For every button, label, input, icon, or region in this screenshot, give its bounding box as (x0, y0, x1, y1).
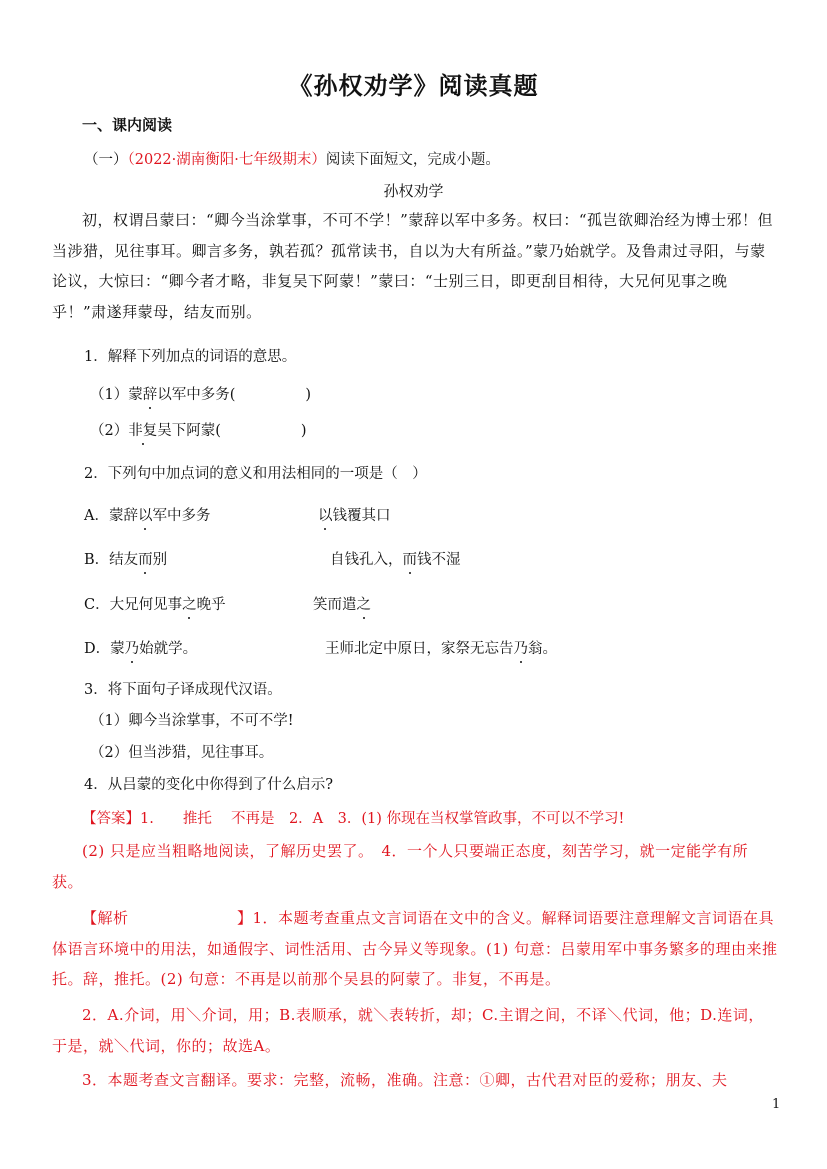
question-2-option-d-compare: 王师北定中原日，家祭无忘告乃翁。 (325, 637, 557, 658)
part-label: （一） (84, 152, 128, 168)
question-2-option-a: A．蒙辞以军中多务 (84, 504, 210, 525)
section-heading: 一、课内阅读 (82, 114, 172, 135)
analysis-paragraph-3: 3．本题考查文言翻译。要求：完整，流畅，准确。注意：①卿，古代君对臣的爱称；朋友… (52, 1065, 778, 1096)
analysis-paragraph-2: 2．A.介词，用＼介词，用；B.表顺承，就＼表转折，却；C.主谓之间，不译＼代词… (52, 1000, 778, 1061)
question-2-option-c: C．大兄何见事之晚乎 (84, 593, 226, 614)
passage-title: 孙权劝学 (0, 180, 827, 201)
question-3-stem: 3．将下面句子译成现代汉语。 (84, 678, 282, 699)
dotted-word: 辞 (143, 383, 158, 404)
question-1-item-1: （1）蒙辞以军中多务() (90, 383, 311, 404)
question-2-option-c-compare: 笑而遣之 (313, 593, 371, 614)
instruction: 阅读下面短文，完成小题。 (326, 152, 500, 168)
question-2-option-d: D．蒙乃始就学。 (84, 637, 197, 658)
question-2-option-b-compare: 自钱孔入，而钱不湿 (330, 548, 461, 569)
question-3-item-1: （1）卿今当涂掌事，不可不学! (90, 709, 294, 730)
page-number: 1 (772, 1097, 780, 1112)
question-2-option-a-compare: 以钱覆其口 (318, 504, 391, 525)
page-title: 《孙权劝学》阅读真题 (0, 66, 827, 101)
answer-line-1: 【答案】1. 推托 不再是 2．A 3．(1) 你现在当权掌管政事，不可以不学习… (82, 807, 624, 828)
question-2-stem: 2．下列句中加点词的意义和用法相同的一项是（ ） (84, 462, 427, 483)
question-3-item-2: （2）但当涉猎，见往事耳。 (90, 741, 273, 762)
source-tag: （2022·湖南衡阳·七年级期末） (128, 152, 326, 168)
analysis-paragraph-1: 【解析 】1．本题考查重点文言词语在文中的含义。解释词语要注意理解文言词语在具体… (52, 903, 778, 995)
question-1-stem: 1．解释下列加点的词语的意思。 (84, 345, 296, 366)
part-header: （一）（2022·湖南衡阳·七年级期末）阅读下面短文，完成小题。 (84, 148, 500, 169)
dotted-word: 非复 (128, 419, 157, 440)
question-4-stem: 4．从吕蒙的变化中你得到了什么启示? (84, 773, 333, 794)
answer-line-2: (2) 只是应当粗略地阅读，了解历史罢了。 4．一个人只要端正态度，刻苦学习，就… (52, 836, 778, 897)
question-2-option-b: B．结友而别 (84, 548, 167, 569)
passage-text: 初，权谓吕蒙曰：“卿今当涂掌事，不可不学！”蒙辞以军中多务。权曰：“孤岂欲卿治经… (52, 205, 778, 327)
question-1-item-2: （2）非复吴下阿蒙() (90, 419, 307, 440)
